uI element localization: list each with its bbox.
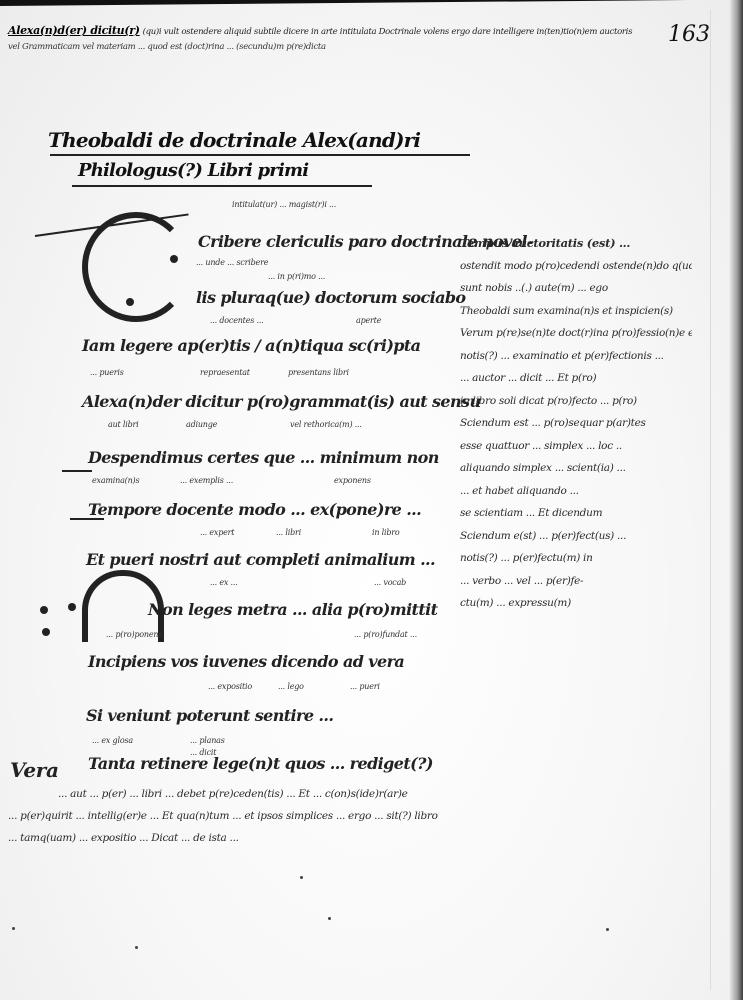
title-line-1: Theobaldi de doctrinale Alex(and)ri	[48, 128, 420, 152]
gloss: ... p(ro)fundat ...	[354, 630, 417, 639]
header-rubric: Alexa(n)d(er) dicitu(r)	[8, 24, 140, 37]
initial-dot	[68, 603, 76, 611]
footer-line-3: ... tamq(uam) ... expositio ... Dicat ..…	[8, 832, 239, 844]
folio-number: 163	[668, 22, 710, 47]
gloss: presentans libri	[288, 368, 349, 377]
gloss: ... expositio	[208, 682, 252, 691]
gloss: ... ex glosa	[92, 736, 133, 745]
gloss: ... pueri	[350, 682, 380, 691]
gloss: ... pueris	[90, 368, 124, 377]
gloss: ... p(ro)ponens	[106, 630, 162, 639]
commentary-line: notis(?) ... p(er)fectu(m) in	[460, 547, 692, 570]
initial-dot	[126, 298, 134, 306]
verse-line-10: Si veniunt poterunt sentire ...	[86, 706, 333, 725]
verse-line-3: Iam legere ap(er)tis / a(n)tiqua sc(ri)p…	[82, 336, 420, 355]
gloss: ... expert	[200, 528, 234, 537]
gloss: ... exemplis ...	[180, 476, 233, 485]
commentary-line: se scientiam ... Et dicendum	[460, 502, 692, 525]
gloss: ... unde ... scribere	[196, 258, 268, 267]
commentary-line: sunt nobis ..(.) aute(m) ... ego	[460, 277, 692, 300]
gloss: ... ex ...	[210, 578, 238, 587]
gloss: ... vocab	[374, 578, 406, 587]
commentary-line: ... auctor ... dicit ... Et p(ro)	[460, 367, 692, 390]
footer-line-1: ... aut ... p(er) ... libri ... debet p(…	[58, 788, 408, 800]
commentary-line: in libro soli dicat p(ro)fecto ... p(ro)	[460, 390, 692, 413]
commentary-column: Tempus auctoritatis (est) ... ostendit m…	[460, 232, 692, 615]
initial-dot	[40, 606, 48, 614]
book-spine-shadow	[729, 0, 743, 1000]
verse-line-9: Incipiens vos iuvenes dicendo ad vera	[88, 652, 404, 671]
marginal-word: Vera	[10, 758, 59, 782]
verse-line-7: Et pueri nostri aut completi animalium .…	[86, 550, 435, 569]
title-underline-2	[72, 185, 372, 187]
verse-line-11: Tanta retinere lege(n)t quos ... rediget…	[88, 754, 433, 773]
title-underline-1	[50, 154, 470, 156]
parchment-speck	[300, 876, 303, 879]
header-line-1: Alexa(n)d(er) dicitu(r) (qu)i vult osten…	[8, 24, 632, 37]
commentary-line: Tempus auctoritatis (est) ...	[460, 232, 692, 255]
verse-line-5: Despendimus certes que ... minimum non	[88, 448, 439, 467]
gloss: repraesentat	[200, 368, 250, 377]
gloss: ... in p(ri)mo ...	[268, 272, 325, 281]
parchment-speck	[606, 928, 609, 931]
ruled-margin-line	[710, 10, 711, 990]
parchment-speck	[135, 946, 138, 949]
verse-line-6: Tempore docente modo ... ex(pone)re ...	[88, 500, 421, 519]
commentary-line: ... et habet aliquando ...	[460, 480, 692, 503]
commentary-line: Sciendum e(st) ... p(er)fect(us) ...	[460, 525, 692, 548]
commentary-line: Sciendum est ... p(ro)sequar p(ar)tes	[460, 412, 692, 435]
gloss: ... libri	[276, 528, 301, 537]
gloss: vel rethorica(m) ...	[290, 420, 362, 429]
parchment-speck	[12, 927, 15, 930]
initial-dot	[42, 628, 50, 636]
initial-dot	[170, 255, 178, 263]
gloss: ... lego	[278, 682, 304, 691]
commentary-line: ostendit modo p(ro)cedendi ostende(n)do …	[460, 255, 692, 278]
parchment-speck	[328, 917, 331, 920]
gloss: aut libri	[108, 420, 139, 429]
gloss: ... planas	[190, 736, 225, 745]
initial-letter-C	[82, 212, 190, 322]
header-line-2: vel Grammaticam vel materiam ... quod es…	[8, 42, 326, 52]
initial-stroke	[62, 470, 92, 472]
gloss: adiunge	[186, 420, 217, 429]
verse-line-2: lis pluraq(ue) doctorum sociabo	[196, 288, 466, 307]
gloss: in libro	[372, 528, 400, 537]
verse-line-8: Non leges metra ... alia p(ro)mittit	[148, 600, 437, 619]
gloss: aperte	[356, 316, 381, 325]
commentary-line: notis(?) ... examinatio et p(er)fectioni…	[460, 345, 692, 368]
gloss: ... docentes ...	[210, 316, 264, 325]
commentary-line: ctu(m) ... expressu(m)	[460, 592, 692, 615]
verse-line-4: Alexa(n)der dicitur p(ro)grammat(is) aut…	[82, 392, 480, 411]
title-line-2: Philologus(?) Libri primi	[78, 160, 308, 181]
commentary-line: Verum p(re)se(n)te doct(r)ina p(ro)fessi…	[460, 322, 692, 345]
footer-line-2: ... p(er)quirit ... intellig(er)e ... Et…	[8, 810, 438, 822]
commentary-line: ... verbo ... vel ... p(er)fe-	[460, 570, 692, 593]
gloss: exponens	[334, 476, 371, 485]
title-gloss: intitulat(ur) ... magist(r)i ...	[232, 200, 336, 209]
commentary-line: Theobaldi sum examina(n)s et inspicien(s…	[460, 300, 692, 323]
header-text-1: (qu)i vult ostendere aliquid subtile dic…	[143, 27, 633, 37]
commentary-line: esse quattuor ... simplex ... loc ..	[460, 435, 692, 458]
commentary-line: aliquando simplex ... scient(ia) ...	[460, 457, 692, 480]
gloss: examina(n)s	[92, 476, 139, 485]
